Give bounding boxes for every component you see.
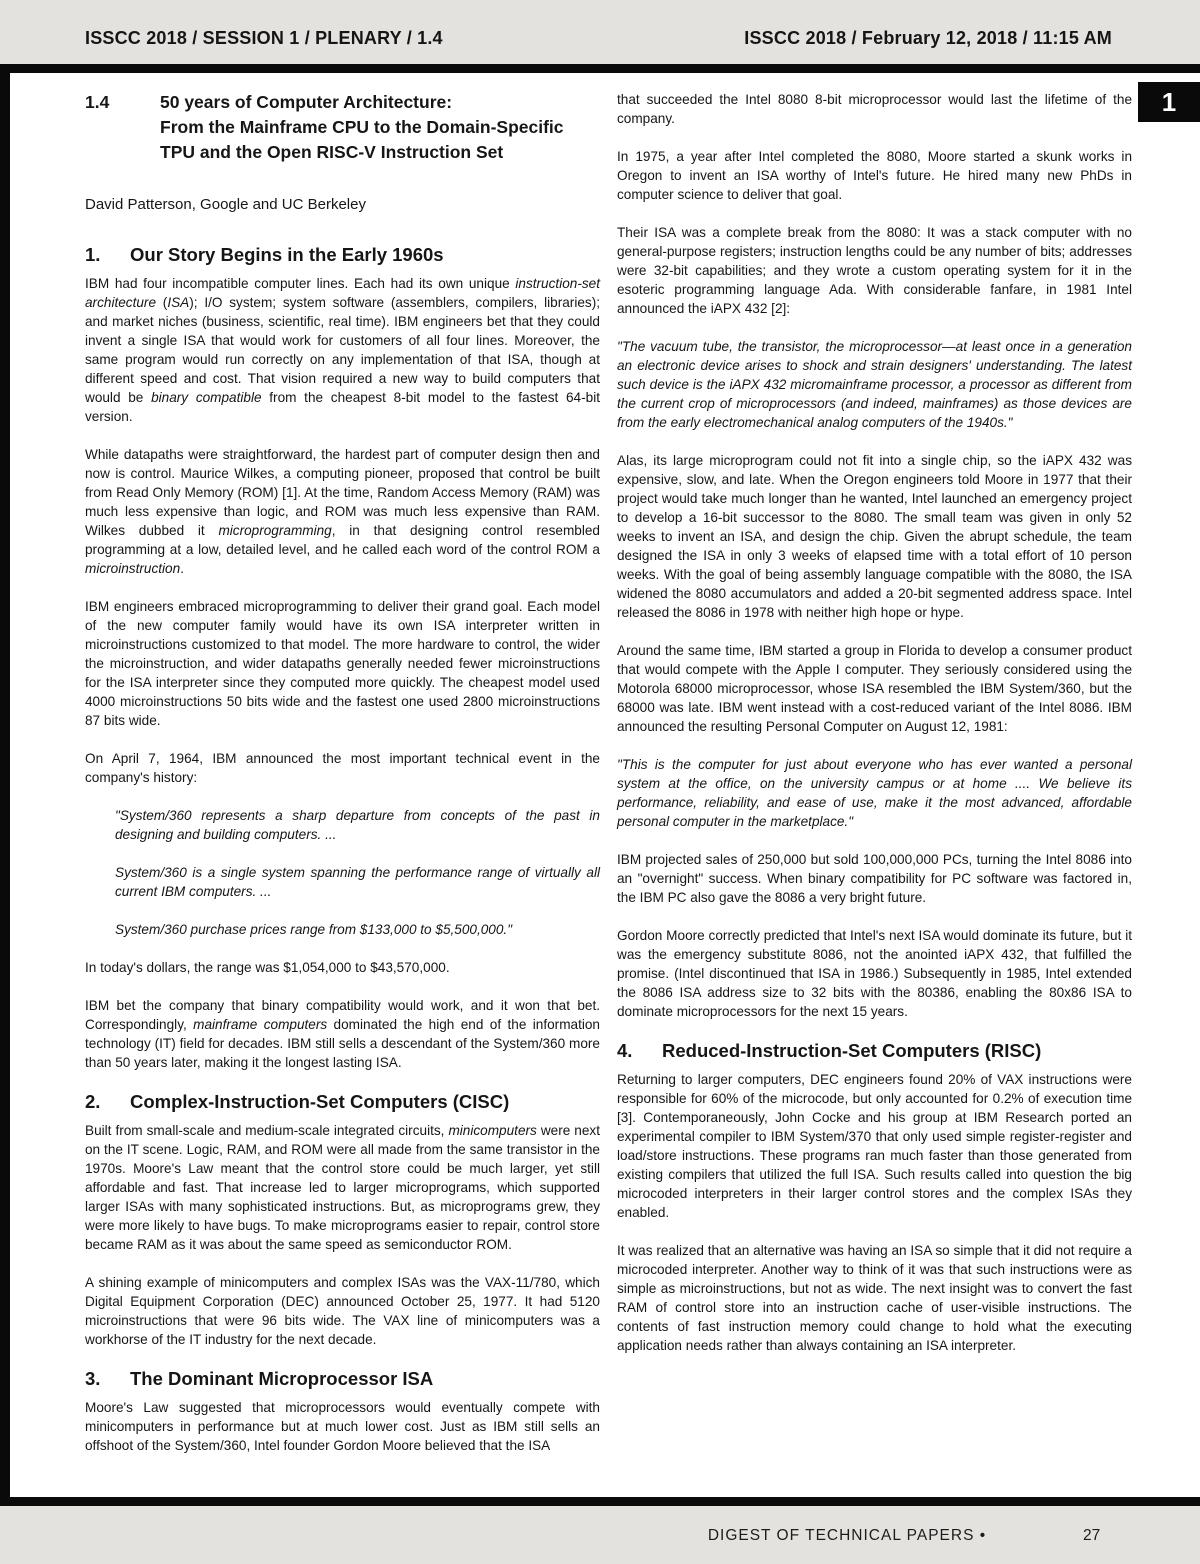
- paper-title-line: From the Mainframe CPU to the Domain-Spe…: [160, 115, 564, 140]
- paper-title: 50 years of Computer Architecture: From …: [160, 90, 564, 165]
- body-paragraph: Alas, its large microprogram could not f…: [617, 451, 1132, 622]
- quote-paragraph: "The vacuum tube, the transistor, the mi…: [617, 337, 1132, 432]
- right-column: that succeeded the Intel 8080 8-bit micr…: [617, 90, 1132, 1474]
- body-paragraph: A shining example of minicomputers and c…: [85, 1273, 600, 1349]
- quote-paragraph: System/360 purchase prices range from $1…: [115, 920, 600, 939]
- body-paragraph: Around the same time, IBM started a grou…: [617, 641, 1132, 736]
- top-rule: [0, 64, 1200, 73]
- body-paragraph: In 1975, a year after Intel completed th…: [617, 147, 1132, 204]
- quote-paragraph: System/360 is a single system spanning t…: [115, 863, 600, 901]
- author-affiliation: David Patterson, Google and UC Berkeley: [85, 195, 600, 214]
- page-number: 27: [1083, 1527, 1100, 1545]
- paper-title-line: 50 years of Computer Architecture:: [160, 90, 564, 115]
- page-content: 1.4 50 years of Computer Architecture: F…: [85, 90, 1132, 1474]
- body-paragraph: On April 7, 1964, IBM announced the most…: [85, 749, 600, 787]
- section-title: Complex-Instruction-Set Computers (CISC): [130, 1091, 509, 1113]
- footer-label: DIGEST OF TECHNICAL PAPERS •: [617, 1527, 1077, 1545]
- paper-title-line: TPU and the Open RISC-V Instruction Set: [160, 140, 564, 165]
- left-edge-bar: [0, 73, 10, 1497]
- article-header: 1.4 50 years of Computer Architecture: F…: [85, 90, 600, 165]
- section-heading: 4.Reduced-Instruction-Set Computers (RIS…: [617, 1040, 1132, 1062]
- header-session-info: ISSCC 2018 / SESSION 1 / PLENARY / 1.4: [85, 28, 443, 49]
- body-paragraph: Built from small-scale and medium-scale …: [85, 1121, 600, 1254]
- section-number: 2.: [85, 1091, 130, 1113]
- body-paragraph: It was realized that an alternative was …: [617, 1241, 1132, 1355]
- bottom-rule: [0, 1497, 1200, 1506]
- section-number: 1.: [85, 244, 130, 266]
- section-number: 4.: [617, 1040, 662, 1062]
- body-paragraph: Their ISA was a complete break from the …: [617, 223, 1132, 318]
- body-paragraph: IBM bet the company that binary compatib…: [85, 996, 600, 1072]
- body-paragraph: Moore's Law suggested that microprocesso…: [85, 1398, 600, 1455]
- header-date-time: ISSCC 2018 / February 12, 2018 / 11:15 A…: [744, 28, 1112, 49]
- body-paragraph: IBM had four incompatible computer lines…: [85, 274, 600, 426]
- body-paragraph: IBM projected sales of 250,000 but sold …: [617, 850, 1132, 907]
- body-paragraph: that succeeded the Intel 8080 8-bit micr…: [617, 90, 1132, 128]
- body-paragraph: IBM engineers embraced microprogramming …: [85, 597, 600, 730]
- section-title: Reduced-Instruction-Set Computers (RISC): [662, 1040, 1041, 1062]
- quote-paragraph: "This is the computer for just about eve…: [617, 755, 1132, 831]
- body-paragraph: While datapaths were straightforward, th…: [85, 445, 600, 578]
- section-title: The Dominant Microprocessor ISA: [130, 1368, 433, 1390]
- footer-digest-text: DIGEST OF TECHNICAL PAPERS: [708, 1527, 975, 1544]
- paper-number: 1.4: [85, 90, 160, 165]
- footer-bullet: •: [980, 1527, 986, 1544]
- section-heading: 3.The Dominant Microprocessor ISA: [85, 1368, 600, 1390]
- quote-paragraph: "System/360 represents a sharp departure…: [115, 806, 600, 844]
- section-number: 3.: [85, 1368, 130, 1390]
- left-column: 1.4 50 years of Computer Architecture: F…: [85, 90, 600, 1474]
- body-paragraph: In today's dollars, the range was $1,054…: [85, 958, 600, 977]
- session-tab-number: 1: [1138, 82, 1200, 122]
- body-paragraph: Returning to larger computers, DEC engin…: [617, 1070, 1132, 1222]
- section-heading: 2.Complex-Instruction-Set Computers (CIS…: [85, 1091, 600, 1113]
- body-paragraph: Gordon Moore correctly predicted that In…: [617, 926, 1132, 1021]
- section-heading: 1.Our Story Begins in the Early 1960s: [85, 244, 600, 266]
- section-title: Our Story Begins in the Early 1960s: [130, 244, 444, 266]
